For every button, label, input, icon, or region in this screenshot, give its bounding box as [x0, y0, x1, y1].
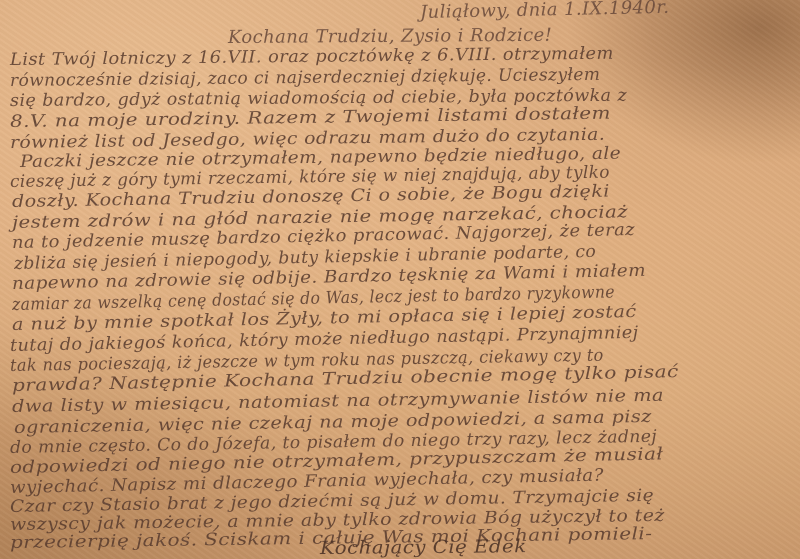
place-date: Juliąłowy, dnia 1.IX.1940r. [420, 0, 670, 23]
letter-paper: Juliąłowy, dnia 1.IX.1940r. Kochana Trud… [0, 0, 800, 559]
signature: Kochający Cię Edek [320, 536, 527, 559]
